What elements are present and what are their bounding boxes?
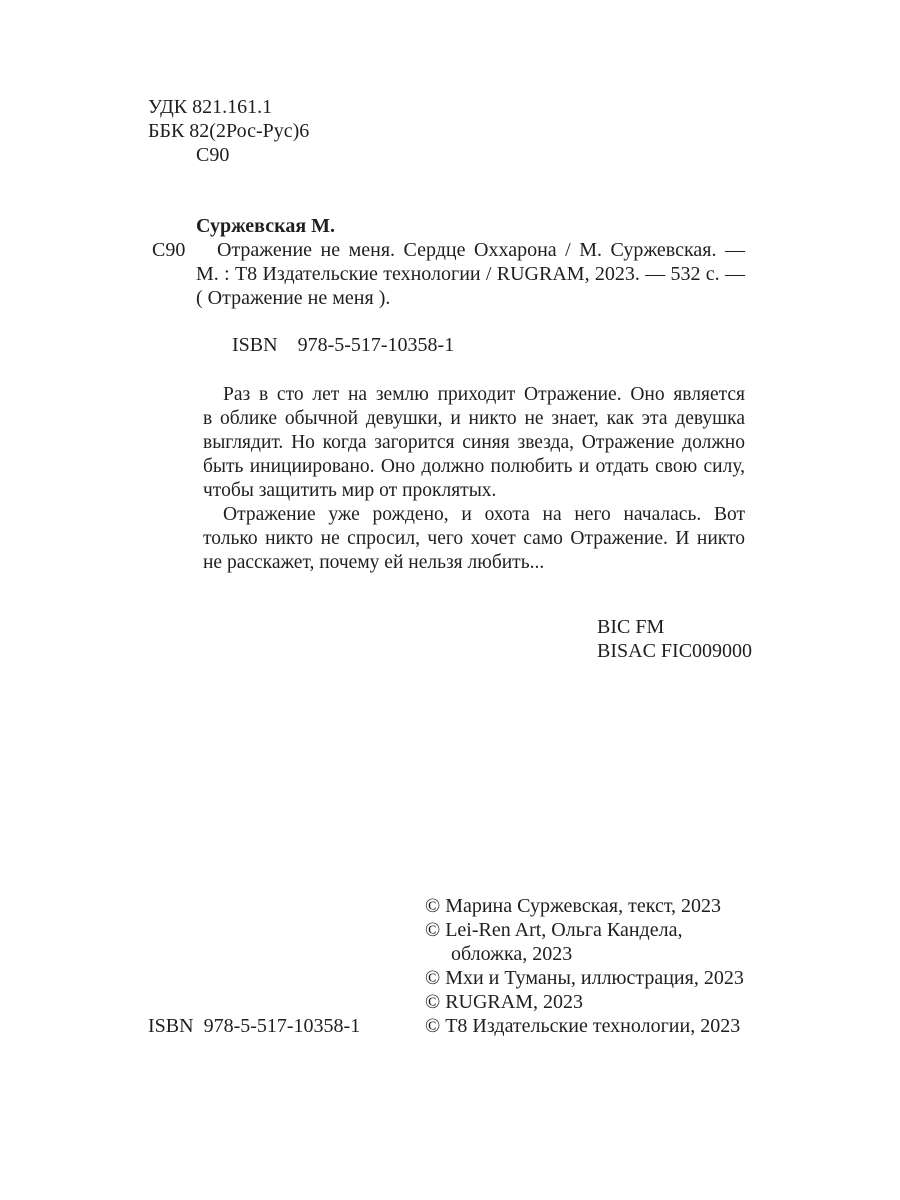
isbn-label: ISBN [148,1014,194,1038]
catalog-card-line: ( Отражение не меня ). [196,286,745,310]
annotation-line: быть инициировано. Оно должно полюбить и… [203,455,745,479]
annotation-line: Отражение уже рождено, и охота на него н… [203,503,745,527]
catalog-card-label: С90 [152,238,185,262]
isbn-label: ISBN [232,333,278,357]
copyright-line: © Марина Суржевская, текст, 2023 [425,894,744,918]
annotation: Раз в сто лет на землю приходит Отражени… [203,383,745,575]
annotation-line: не расскажет, почему ей нельзя любить... [203,551,745,575]
copyright-line: © Lei-Ren Art, Ольга Кандела, [425,918,744,942]
bic-code-line: BIC FM [597,615,752,639]
annotation-line: выглядит. Но когда загорится синяя звезд… [203,431,745,455]
catalog-card: Суржевская М. С90 Отражение не меня. Сер… [196,214,745,310]
annotation-line: только никто не спросил, чего хочет само… [203,527,745,551]
annotation-line: в облике обычной девушки, и никто не зна… [203,407,745,431]
annotation-line: Раз в сто лет на землю приходит Отражени… [203,383,745,407]
catalog-card-line: Отражение не меня. Сердце Оххарона / М. … [196,238,745,262]
isbn-value: 978-5-517-10358-1 [298,334,455,356]
bisac-code-line: BISAC FIC009000 [597,639,752,663]
copyright-line: © Мхи и Туманы, иллюстрация, 2023 [425,966,744,990]
annotation-paragraph-2: Отражение уже рождено, и охота на него н… [203,503,745,575]
catalog-card-text: Отражение не меня. Сердце Оххарона / М. … [196,238,745,310]
isbn-line-bottom: ISBN978-5-517-10358-1 [148,1014,360,1038]
annotation-line: чтобы защитить мир от проклятых. [203,479,745,503]
isbn-line-top: ISBN978-5-517-10358-1 [232,333,454,357]
isbn-value: 978-5-517-10358-1 [204,1015,361,1037]
copyright-block: © Марина Суржевская, текст, 2023© Lei-Re… [425,894,744,1038]
catalog-card-line: М. : Т8 Издательские технологии / RUGRAM… [196,262,745,286]
bbk-line: ББК 82(2Рос-Рус)6 [148,119,309,143]
annotation-paragraph-1: Раз в сто лет на землю приходит Отражени… [203,383,745,503]
codes-block: BIC FM BISAC FIC009000 [597,615,752,663]
author-sign-line: С90 [148,143,309,167]
author-name: Суржевская М. [196,214,745,238]
copyright-line: © Т8 Издательские технологии, 2023 [425,1014,744,1038]
copyright-line: © RUGRAM, 2023 [425,990,744,1014]
book-imprint-page: УДК 821.161.1 ББК 82(2Рос-Рус)6 С90 Сурж… [0,0,900,1200]
udc-line: УДК 821.161.1 [148,95,309,119]
classification-block: УДК 821.161.1 ББК 82(2Рос-Рус)6 С90 [148,95,309,167]
copyright-line: обложка, 2023 [425,942,744,966]
